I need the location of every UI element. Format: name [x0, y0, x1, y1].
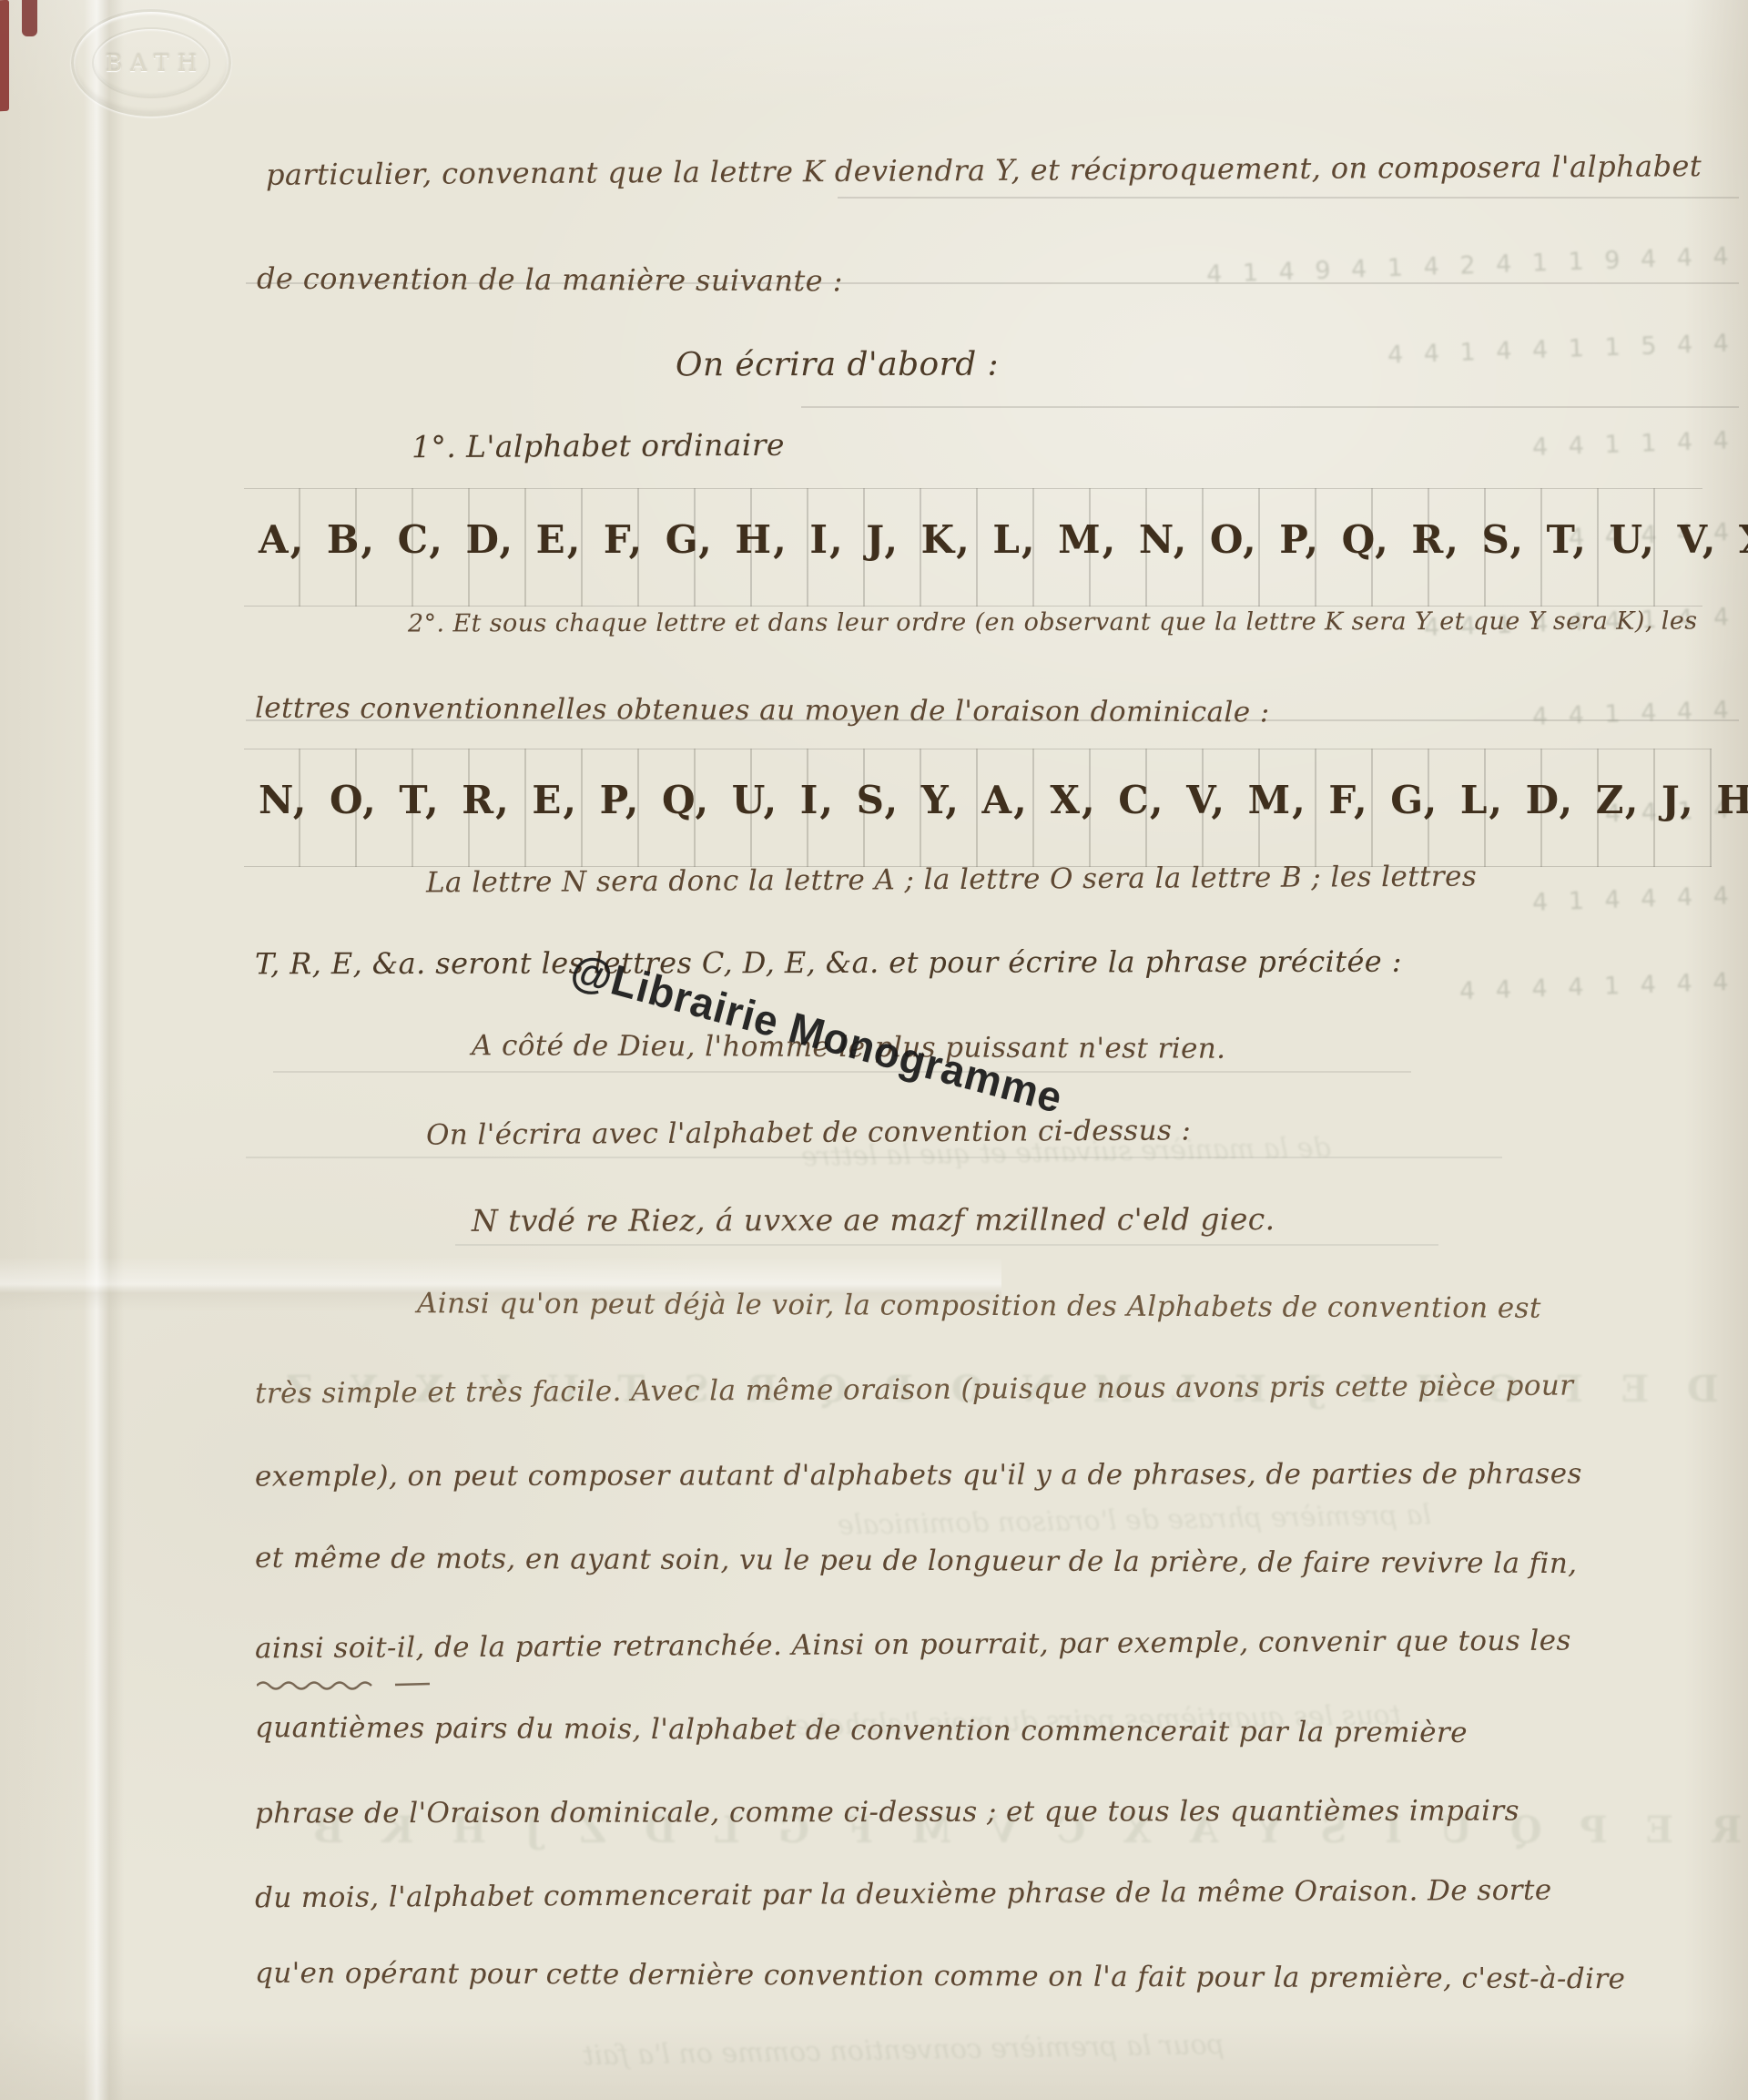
- manuscript-line-4: 1°. L'alphabet ordinaire: [412, 427, 785, 465]
- red-ink-edge-mark: [0, 0, 9, 111]
- ruled-line: [246, 1157, 1502, 1158]
- manuscript-line-12: On l'écrira avec l'alphabet de conventio…: [426, 1114, 1192, 1151]
- cipher-alphabet-row: N, O, T, R, E, P, Q, U, I, S, Y, A, X, C…: [259, 778, 1748, 822]
- manuscript-line-17: et même de mots, en ayant soin, vu le pe…: [255, 1542, 1578, 1580]
- manuscript-line-22: qu'en opérant pour cette dernière conven…: [255, 1957, 1626, 1996]
- bath-stamp-label: BATH: [97, 50, 206, 76]
- manuscript-line-2: de convention de la manière suivante :: [257, 261, 843, 299]
- manuscript-line-19: quantièmes pairs du mois, l'alphabet de …: [255, 1711, 1468, 1749]
- ruled-line: [455, 1244, 1438, 1246]
- ruled-line: [273, 1071, 1411, 1073]
- manuscript-line-6: 2°. Et sous chaque lettre et dans leur o…: [408, 607, 1697, 638]
- manuscript-line-16: exemple), on peut composer autant d'alph…: [255, 1457, 1582, 1493]
- manuscript-line-7: lettres conventionnelles obtenues au moy…: [255, 692, 1270, 729]
- manuscript-line-14: Ainsi qu'on peut déjà le voir, la compos…: [417, 1287, 1541, 1324]
- manuscript-cipher-sentence: N tvdé re Riez, á uvxxe ae mazf mzillned…: [472, 1201, 1275, 1239]
- ruled-line: [838, 197, 1739, 199]
- manuscript-line-9: La lettre N sera donc la lettre A ; la l…: [426, 860, 1477, 899]
- bath-stamp-inner-oval: BATH: [92, 27, 210, 98]
- ruled-line: [801, 406, 1739, 408]
- ink-squiggle-underline: [257, 1679, 439, 1690]
- manuscript-line-20: phrase de l'Oraison dominicale, comme ci…: [255, 1795, 1519, 1830]
- plain-alphabet-row: A, B, C, D, E, F, G, H, I, J, K, L, M, N…: [259, 517, 1748, 562]
- manuscript-line-10: T, R, E, &a. seront les lettres C, D, E,…: [255, 944, 1402, 982]
- red-ink-edge-mark: [22, 0, 37, 36]
- paper-crease-vertical: [0, 0, 182, 2100]
- manuscript-line-3: On écrira d'abord :: [676, 346, 999, 384]
- bath-embossed-stamp: BATH: [71, 9, 231, 117]
